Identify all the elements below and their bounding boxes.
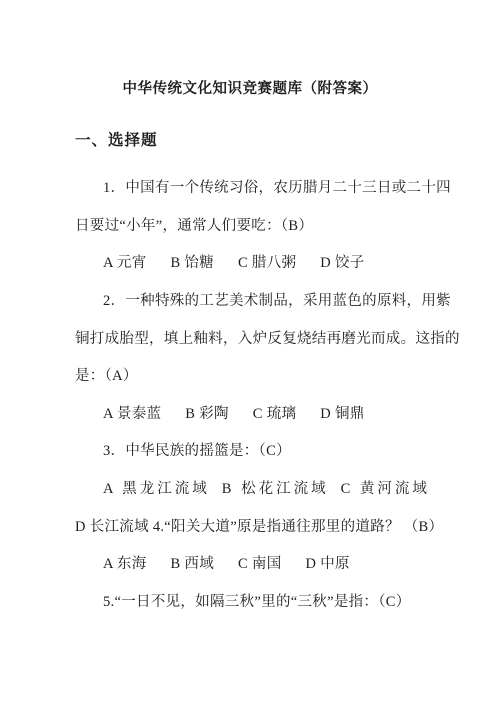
question-1-option-d: D 饺子 xyxy=(320,251,364,272)
question-5-line-1: 5.“一日不见，如隔三秋”里的“三秋”是指：（C） xyxy=(75,582,495,620)
question-3-line-1: 3．中华民族的摇篮是：（C） xyxy=(75,431,495,469)
question-2-line-3: 是：（A） xyxy=(75,356,495,394)
question-4-options-row: A 东海 B 西域 C 南国 D 中原 xyxy=(75,544,495,582)
document-body: 1．中国有一个传统习俗，农历腊月二十三日或二十四 日要过“小年”，通常人们要吃：… xyxy=(75,168,495,619)
document-page: 中华传统文化知识竞赛题库（附答案） 一、选择题 1．中国有一个传统习俗，农历腊月… xyxy=(0,0,500,707)
question-2-option-b: B 彩陶 xyxy=(185,402,229,423)
question-2-options-row: A 景泰蓝 B 彩陶 C 琉璃 D 铜鼎 xyxy=(75,394,495,432)
question-2-line-1: 2．一种特殊的工艺美术制品，采用蓝色的原料，用紫 xyxy=(75,281,495,319)
question-4-option-a: A 东海 xyxy=(103,552,147,573)
question-3-options-row: A 黑龙江流域 B 松花江流域 C 黄河流域 xyxy=(75,469,495,507)
question-2-line-2: 铜打成胎型，填上釉料，入炉反复烧结再磨光而成。这指的 xyxy=(75,318,495,356)
question-3-option-b: B 松花江流域 xyxy=(222,477,329,498)
question-4-option-d: D 中原 xyxy=(306,552,350,573)
document-title: 中华传统文化知识竞赛题库（附答案） xyxy=(0,77,500,98)
question-3-option-c: C 黄河流域 xyxy=(341,477,430,498)
section-heading: 一、选择题 xyxy=(75,128,158,150)
question-1-line-2: 日要过“小年”，通常人们要吃：（B） xyxy=(75,206,495,244)
question-2-option-a: A 景泰蓝 xyxy=(103,402,161,423)
question-2-option-d: D 铜鼎 xyxy=(320,402,364,423)
question-3-option-a: A 黑龙江流域 xyxy=(103,477,210,498)
question-3-option-d-and-question-4-line: D 长江流域 4.“阳关大道”原是指通往那里的道路？ （B） xyxy=(75,506,495,544)
question-1-line-1: 1．中国有一个传统习俗，农历腊月二十三日或二十四 xyxy=(75,168,495,206)
question-1-option-a: A 元宵 xyxy=(103,251,147,272)
question-1-options-row: A 元宵 B 饴糖 C 腊八粥 D 饺子 xyxy=(75,243,495,281)
question-4-option-c: C 南国 xyxy=(238,552,282,573)
question-2-option-c: C 琉璃 xyxy=(253,402,297,423)
question-1-option-c: C 腊八粥 xyxy=(238,251,296,272)
question-1-option-b: B 饴糖 xyxy=(171,251,215,272)
question-4-option-b: B 西域 xyxy=(171,552,215,573)
